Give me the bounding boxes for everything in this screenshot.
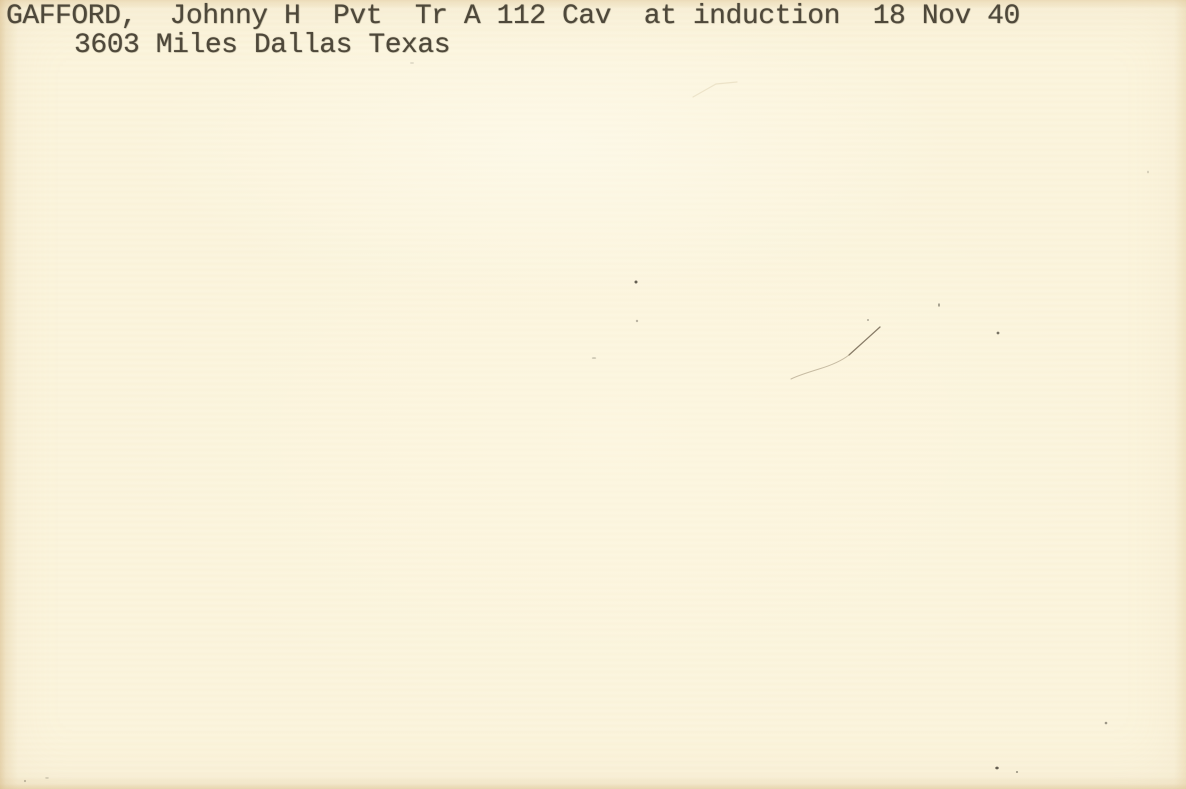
caption-line-2: 3603 Miles Dallas Texas [74, 31, 450, 60]
photo-caption-card: GAFFORD, Johnny H Pvt Tr A 112 Cav at in… [0, 0, 1186, 789]
paper-speck [938, 303, 939, 307]
scratch-mark [849, 327, 880, 355]
paper-speck [1105, 722, 1108, 725]
paper-speck [1147, 171, 1148, 174]
paper-speck [635, 281, 638, 284]
paper-speck [995, 767, 998, 770]
paper-speck [1016, 771, 1018, 773]
paper-speck [24, 780, 26, 782]
caption-line-1: GAFFORD, Johnny H Pvt Tr A 112 Cav at in… [6, 2, 1020, 31]
paper-speck [636, 320, 638, 322]
scratch-mark [791, 355, 849, 379]
paper-speck [997, 332, 1000, 335]
paper-speck [867, 319, 869, 321]
paper-speck [45, 777, 49, 778]
paper-speck [410, 62, 414, 63]
paper-speck [592, 357, 596, 359]
scan-artifacts [0, 0, 1186, 789]
scratch-mark [693, 82, 737, 97]
